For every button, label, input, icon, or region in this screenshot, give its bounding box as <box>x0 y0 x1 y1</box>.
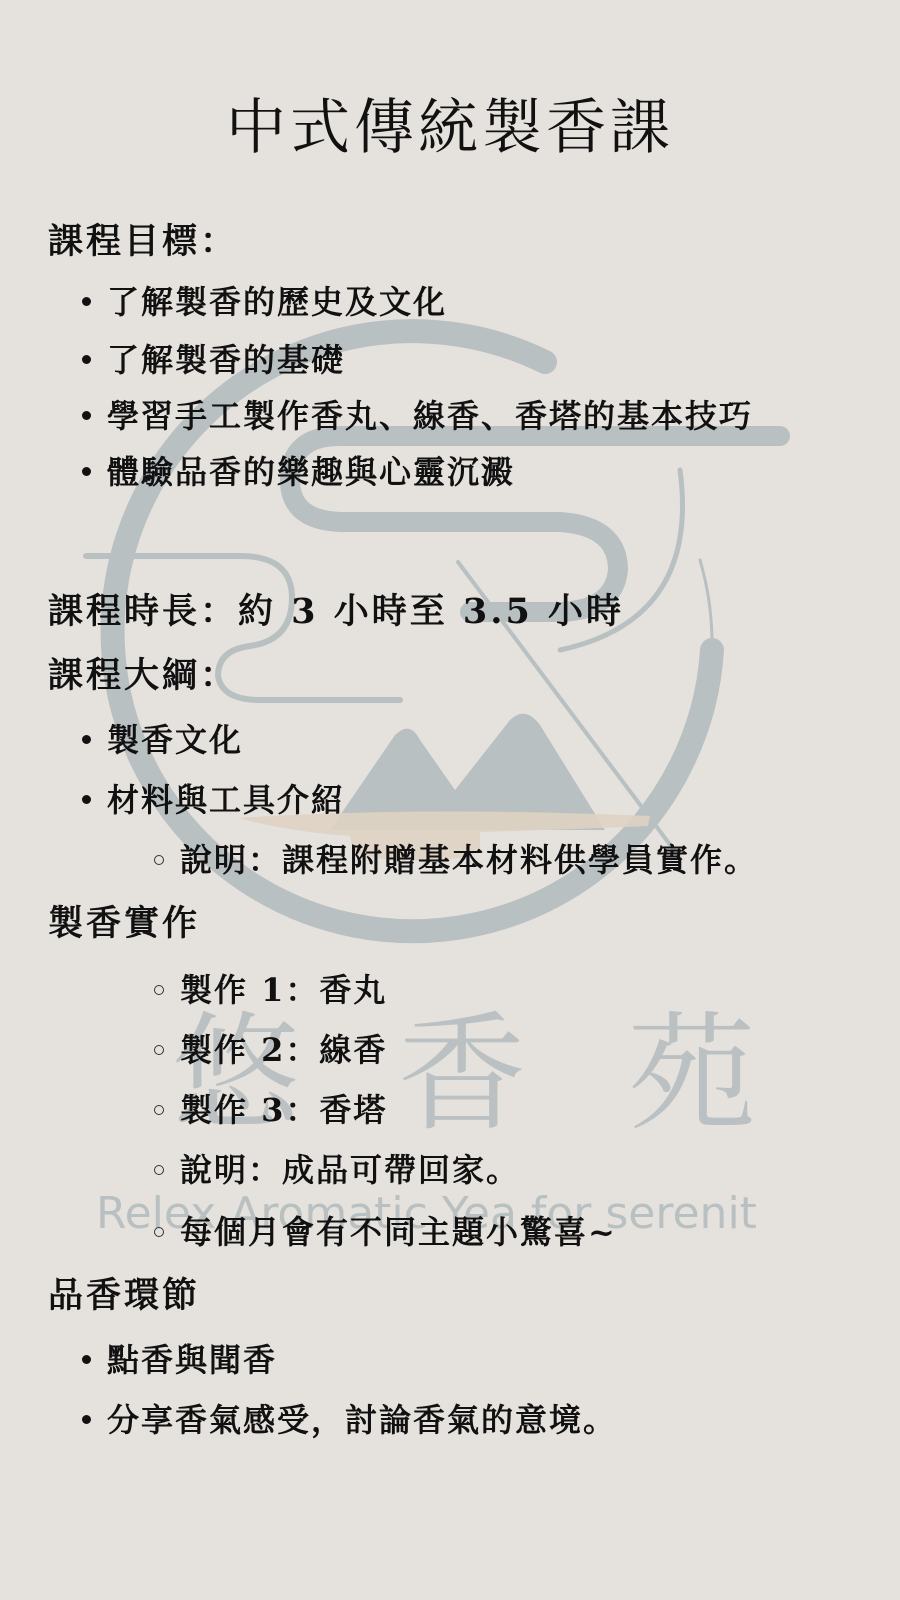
sub-bullet-icon <box>154 1227 164 1237</box>
outline-heading: 課程大綱： <box>48 654 238 698</box>
sub-bullet-icon <box>154 1165 164 1175</box>
tasting-item: 點香與聞香 <box>82 1338 277 1382</box>
bullet-icon <box>82 297 91 306</box>
objective-item: 了解製香的基礎 <box>82 338 345 382</box>
objective-item: 學習手工製作香丸、線香、香塔的基本技巧 <box>82 394 753 438</box>
bullet-icon <box>82 1355 91 1364</box>
tasting-heading: 品香環節 <box>48 1274 200 1318</box>
bullet-icon <box>82 467 91 476</box>
bullet-icon <box>82 1415 91 1424</box>
course-flyer: 中式傳統製香課 課程目標： 了解製香的歷史及文化 了解製香的基礎 學習手工製作香… <box>0 0 900 1600</box>
practice-item: 製作 3：香塔 <box>154 1088 387 1132</box>
bullet-icon <box>82 735 91 744</box>
practice-item: 製作 2：線香 <box>154 1028 387 1072</box>
practice-item: 製作 1：香丸 <box>154 968 387 1012</box>
outline-item: 材料與工具介紹 <box>82 778 345 822</box>
outline-sub-item: 說明：課程附贈基本材料供學員實作。 <box>154 838 758 882</box>
practice-item: 說明：成品可帶回家。 <box>154 1148 520 1192</box>
practice-heading: 製香實作 <box>48 902 200 946</box>
sub-bullet-icon <box>154 1105 164 1115</box>
outline-item: 製香文化 <box>82 718 243 762</box>
sub-bullet-icon <box>154 985 164 995</box>
duration-line: 課程時長：約 3 小時至 3.5 小時 <box>48 590 624 634</box>
bullet-icon <box>82 795 91 804</box>
bullet-icon <box>82 355 91 364</box>
practice-item: 每個月會有不同主題小驚喜~ <box>154 1210 617 1254</box>
objectives-heading: 課程目標： <box>48 220 238 264</box>
sub-bullet-icon <box>154 1045 164 1055</box>
objective-item: 了解製香的歷史及文化 <box>82 280 447 324</box>
objective-item: 體驗品香的樂趣與心靈沉澱 <box>82 450 515 494</box>
bullet-icon <box>82 411 91 420</box>
sub-bullet-icon <box>154 855 164 865</box>
tasting-item: 分享香氣感受，討論香氣的意境。 <box>82 1398 617 1442</box>
page-title: 中式傳統製香課 <box>0 88 900 168</box>
